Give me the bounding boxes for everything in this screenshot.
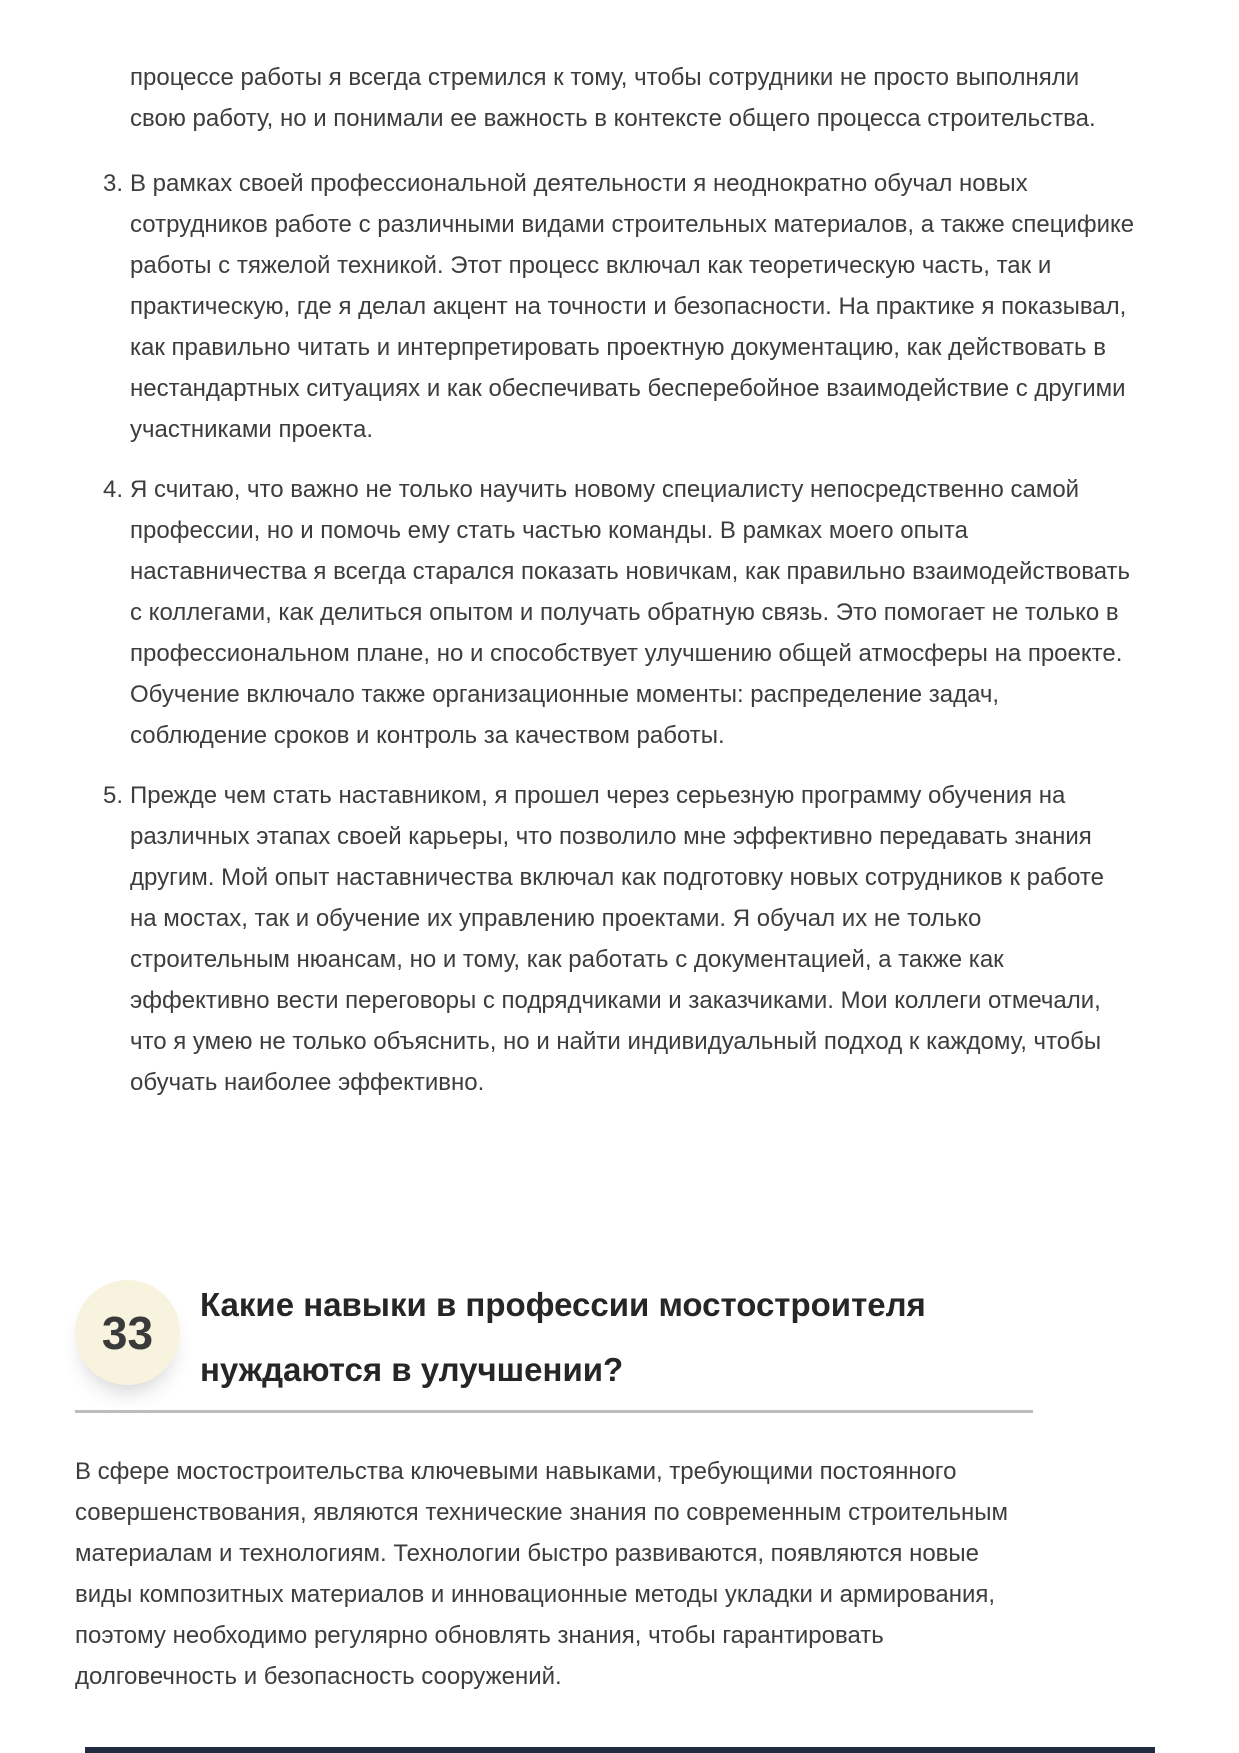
list-item-number: 3.: [75, 163, 130, 450]
answer-paragraph: В сфере мостостроительства ключевыми нав…: [75, 1451, 1035, 1697]
continuation-paragraph: процессе работы я всегда стремился к том…: [75, 57, 1135, 139]
list-item: 4. Я считаю, что важно не только научить…: [75, 469, 1135, 756]
document-page: процессе работы я всегда стремился к том…: [0, 0, 1239, 1753]
list-item-text: В рамках своей профессиональной деятельн…: [130, 163, 1135, 450]
list-item-number: 5.: [75, 775, 130, 1103]
list-item: 5. Прежде чем стать наставником, я проше…: [75, 775, 1135, 1103]
question-header: 33 Какие навыки в профессии мостостроите…: [75, 1272, 1135, 1402]
question-title: Какие навыки в профессии мостостроителя …: [200, 1272, 980, 1402]
list-item-number: 4.: [75, 469, 130, 756]
bottom-accent-bar: [85, 1747, 1155, 1753]
list-item-text: Прежде чем стать наставником, я прошел ч…: [130, 775, 1135, 1103]
section-divider: [75, 1410, 1033, 1413]
question-number-badge: 33: [75, 1280, 180, 1385]
numbered-list: 3. В рамках своей профессиональной деяте…: [75, 163, 1135, 1103]
list-item: 3. В рамках своей профессиональной деяте…: [75, 163, 1135, 450]
list-item-text: Я считаю, что важно не только научить но…: [130, 469, 1135, 756]
